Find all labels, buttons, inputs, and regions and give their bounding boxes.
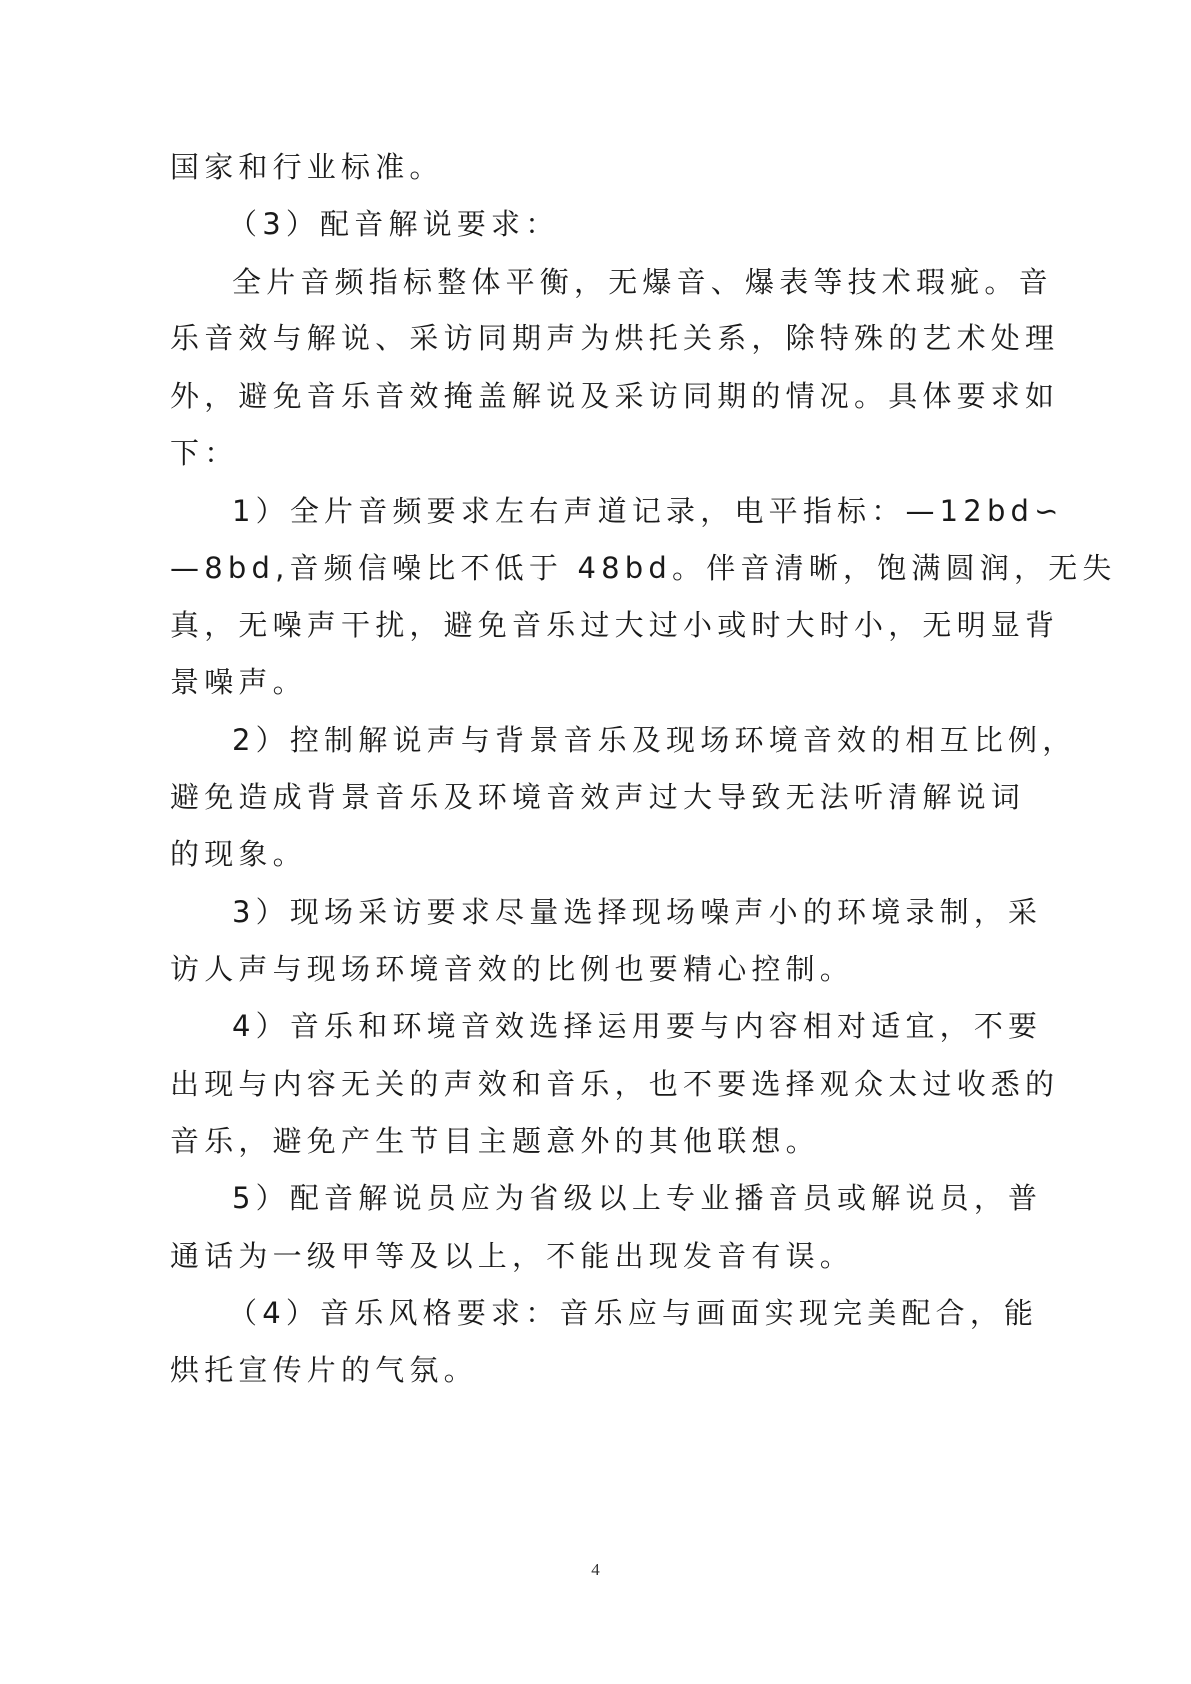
paragraph-line: 通话为一级甲等及以上，不能出现发音有误。 — [170, 1236, 970, 1276]
paragraph-line: 外，避免音乐音效掩盖解说及采访同期的情况。具体要求如 — [170, 376, 970, 416]
section-heading-4: （4）音乐风格要求：音乐应与画面实现完美配合，能 — [228, 1293, 1028, 1333]
page-number: 4 — [0, 1560, 1191, 1580]
paragraph-line: 避免造成背景音乐及环境音效声过大导致无法听清解说词 — [170, 777, 970, 817]
paragraph-line: 国家和行业标准。 — [170, 147, 970, 187]
paragraph-line: 下： — [170, 433, 970, 473]
paragraph-line: 音乐，避免产生节目主题意外的其他联想。 — [170, 1121, 970, 1161]
list-item-3: 3）现场采访要求尽量选择现场噪声小的环境录制，采 — [232, 892, 1032, 932]
paragraph-line: 出现与内容无关的声效和音乐，也不要选择观众太过收悉的 — [170, 1064, 970, 1104]
paragraph-line: 真，无噪声干扰，避免音乐过大过小或时大时小，无明显背 — [170, 605, 970, 645]
paragraph-line: —8bd,音频信噪比不低于 48bd。伴音清晰，饱满圆润，无失 — [170, 548, 970, 588]
section-heading-3: （3）配音解说要求： — [228, 204, 1028, 244]
document-page: 国家和行业标准。 （3）配音解说要求： 全片音频指标整体平衡，无爆音、爆表等技术… — [0, 0, 1191, 1684]
paragraph-line: 的现象。 — [170, 834, 970, 874]
list-item-5: 5）配音解说员应为省级以上专业播音员或解说员，普 — [232, 1178, 1032, 1218]
paragraph-line: 景噪声。 — [170, 662, 970, 702]
list-item-1: 1）全片音频要求左右声道记录，电平指标：—12bd∽ — [232, 491, 1032, 531]
paragraph-line: 乐音效与解说、采访同期声为烘托关系，除特殊的艺术处理 — [170, 318, 970, 358]
paragraph-line: 烘托宣传片的气氛。 — [170, 1350, 970, 1390]
list-item-4: 4）音乐和环境音效选择运用要与内容相对适宜，不要 — [232, 1006, 1032, 1046]
paragraph-line: 全片音频指标整体平衡，无爆音、爆表等技术瑕疵。音 — [232, 262, 1032, 302]
paragraph-line: 访人声与现场环境音效的比例也要精心控制。 — [170, 949, 970, 989]
list-item-2: 2）控制解说声与背景音乐及现场环境音效的相互比例， — [232, 720, 1032, 760]
